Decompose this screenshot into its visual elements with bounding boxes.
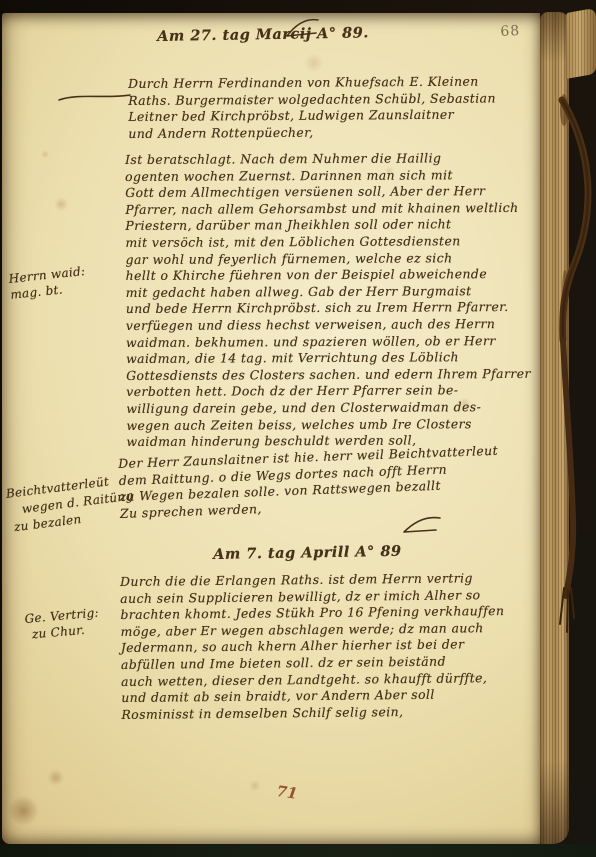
manuscript-line: willigung darein gebe, und den Closterwa… (126, 399, 531, 418)
manuscript-line: waidman. bekhumen. und spazieren wöllen,… (126, 332, 531, 351)
manuscript-line: und bede Herrn Kirchpröbst. sich zu Irem… (126, 299, 531, 318)
manuscript-line: Pfarrer, nach allem Gehorsambst und mit … (125, 200, 530, 219)
manuscript-line: verbotten hett. Doch dz der Herr Pfarrer… (126, 382, 531, 401)
manuscript-line: waidman, die 14 tag. mit Verrichtung des… (126, 349, 531, 368)
manuscript-line: ogenten wochen Zuernst. Darinnen man sic… (125, 166, 530, 185)
manuscript-line: Leitner bed Kirchpröbst, Ludwigen Zaunsl… (128, 107, 496, 126)
folio-number: 71 (275, 782, 298, 803)
entry2-date-heading: Am 7. tag Aprill A° 89 (213, 543, 402, 563)
table-surface (0, 844, 596, 857)
paragraph-1: Durch Herrn Ferdinanden von Khuefsach E.… (128, 73, 496, 142)
manuscript-line: Gottesdiensts des Closters sachen. und e… (126, 366, 531, 385)
manuscript-line: und Andern Rottenpüecher, (128, 123, 496, 142)
binding-cord (563, 340, 573, 596)
page-number: 68 (500, 23, 521, 40)
manuscript-line: Durch Herrn Ferdinanden von Khuefsach E.… (128, 73, 496, 92)
manuscript-line: Ist beratschlagt. Nach dem Nuhmer die Ha… (125, 150, 530, 169)
cord-frayed-end (560, 588, 574, 632)
manuscript-line: wegen auch Zeiten beiss, welches umb Ire… (126, 415, 531, 434)
margin-note-3: Ge. Vertrig:zu Chur. (24, 606, 101, 643)
manuscript-line: Priestern, darüber man Jheikhlen soll od… (125, 216, 530, 235)
flourish-mark (402, 514, 442, 536)
flourish-mark (286, 14, 320, 40)
manuscript-line: gar wohl und feyerlich fürnemen, welche … (126, 249, 531, 268)
manuscript-scan: 68 Am 27. tag Marcij A° 89. Durch Herrn … (0, 0, 596, 857)
manuscript-line: mit gedacht haben allweg. Gab der Herr B… (126, 283, 531, 302)
manuscript-line: mit versöch ist, mit den Löblichen Gotte… (125, 233, 530, 252)
paragraph-4: Durch die die Erlangen Raths. ist dem He… (120, 570, 506, 723)
manuscript-line: hellt o Khirche füehren von der Beispiel… (126, 266, 531, 285)
paragraph-3: Der Herr Zaunslaitner ist hie. herr weil… (118, 443, 500, 523)
binding-cord (562, 100, 588, 340)
manuscript-line: Gott dem Allmechtigen versüenen soll, Ab… (125, 183, 530, 202)
flourish-dash (58, 90, 132, 104)
binding-cords (540, 40, 596, 720)
paragraph-2: Ist beratschlagt. Nach dem Nuhmer die Ha… (125, 150, 531, 451)
manuscript-line: verfüegen und diess hechst verweisen, au… (126, 316, 531, 335)
